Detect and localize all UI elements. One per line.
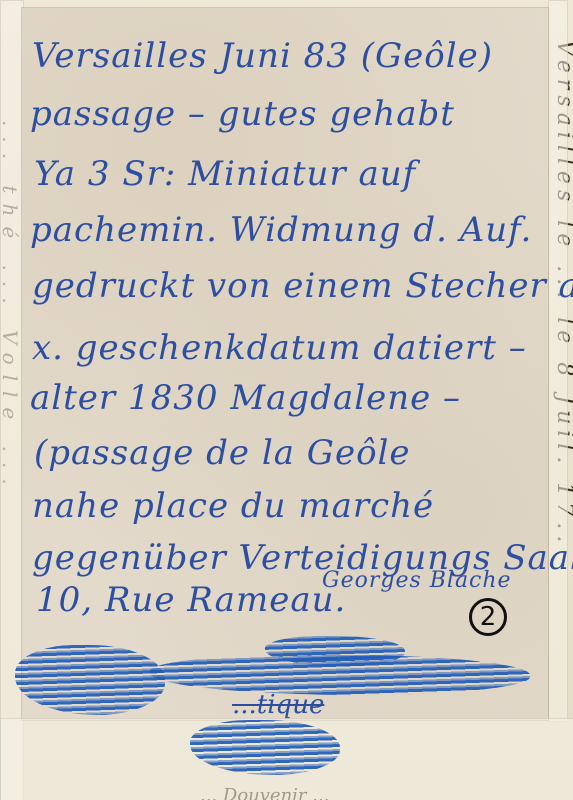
note-line-1: Versailles Juni 83 (Geôle) — [32, 36, 493, 76]
note-line-7: alter 1830 Magdalene – — [30, 378, 461, 418]
struck-through-text: ...tique — [232, 690, 324, 720]
note-line-5: gedruckt von einem Stecher aus — [32, 266, 573, 306]
margin-annotation: Georges Blache — [322, 568, 512, 593]
note-line-8: (passage de la Geôle — [34, 433, 411, 473]
note-line-9: nahe place du marché — [32, 486, 434, 526]
note-line-2: passage – gutes gehabt — [30, 94, 455, 134]
circled-page-number: 2 — [469, 598, 507, 636]
tape-strip-right — [548, 0, 568, 722]
note-line-11: 10, Rue Rameau. — [36, 580, 346, 620]
note-line-4: pachemin. Widmung d. Auf. — [30, 210, 532, 250]
note-line-6: x. geschenkdatum datiert – — [32, 328, 527, 368]
handwritten-note: Versailles Juni 83 (Geôle) passage – gut… — [22, 8, 548, 720]
note-line-3: Ya 3 Sr: Miniatur auf — [34, 154, 416, 194]
